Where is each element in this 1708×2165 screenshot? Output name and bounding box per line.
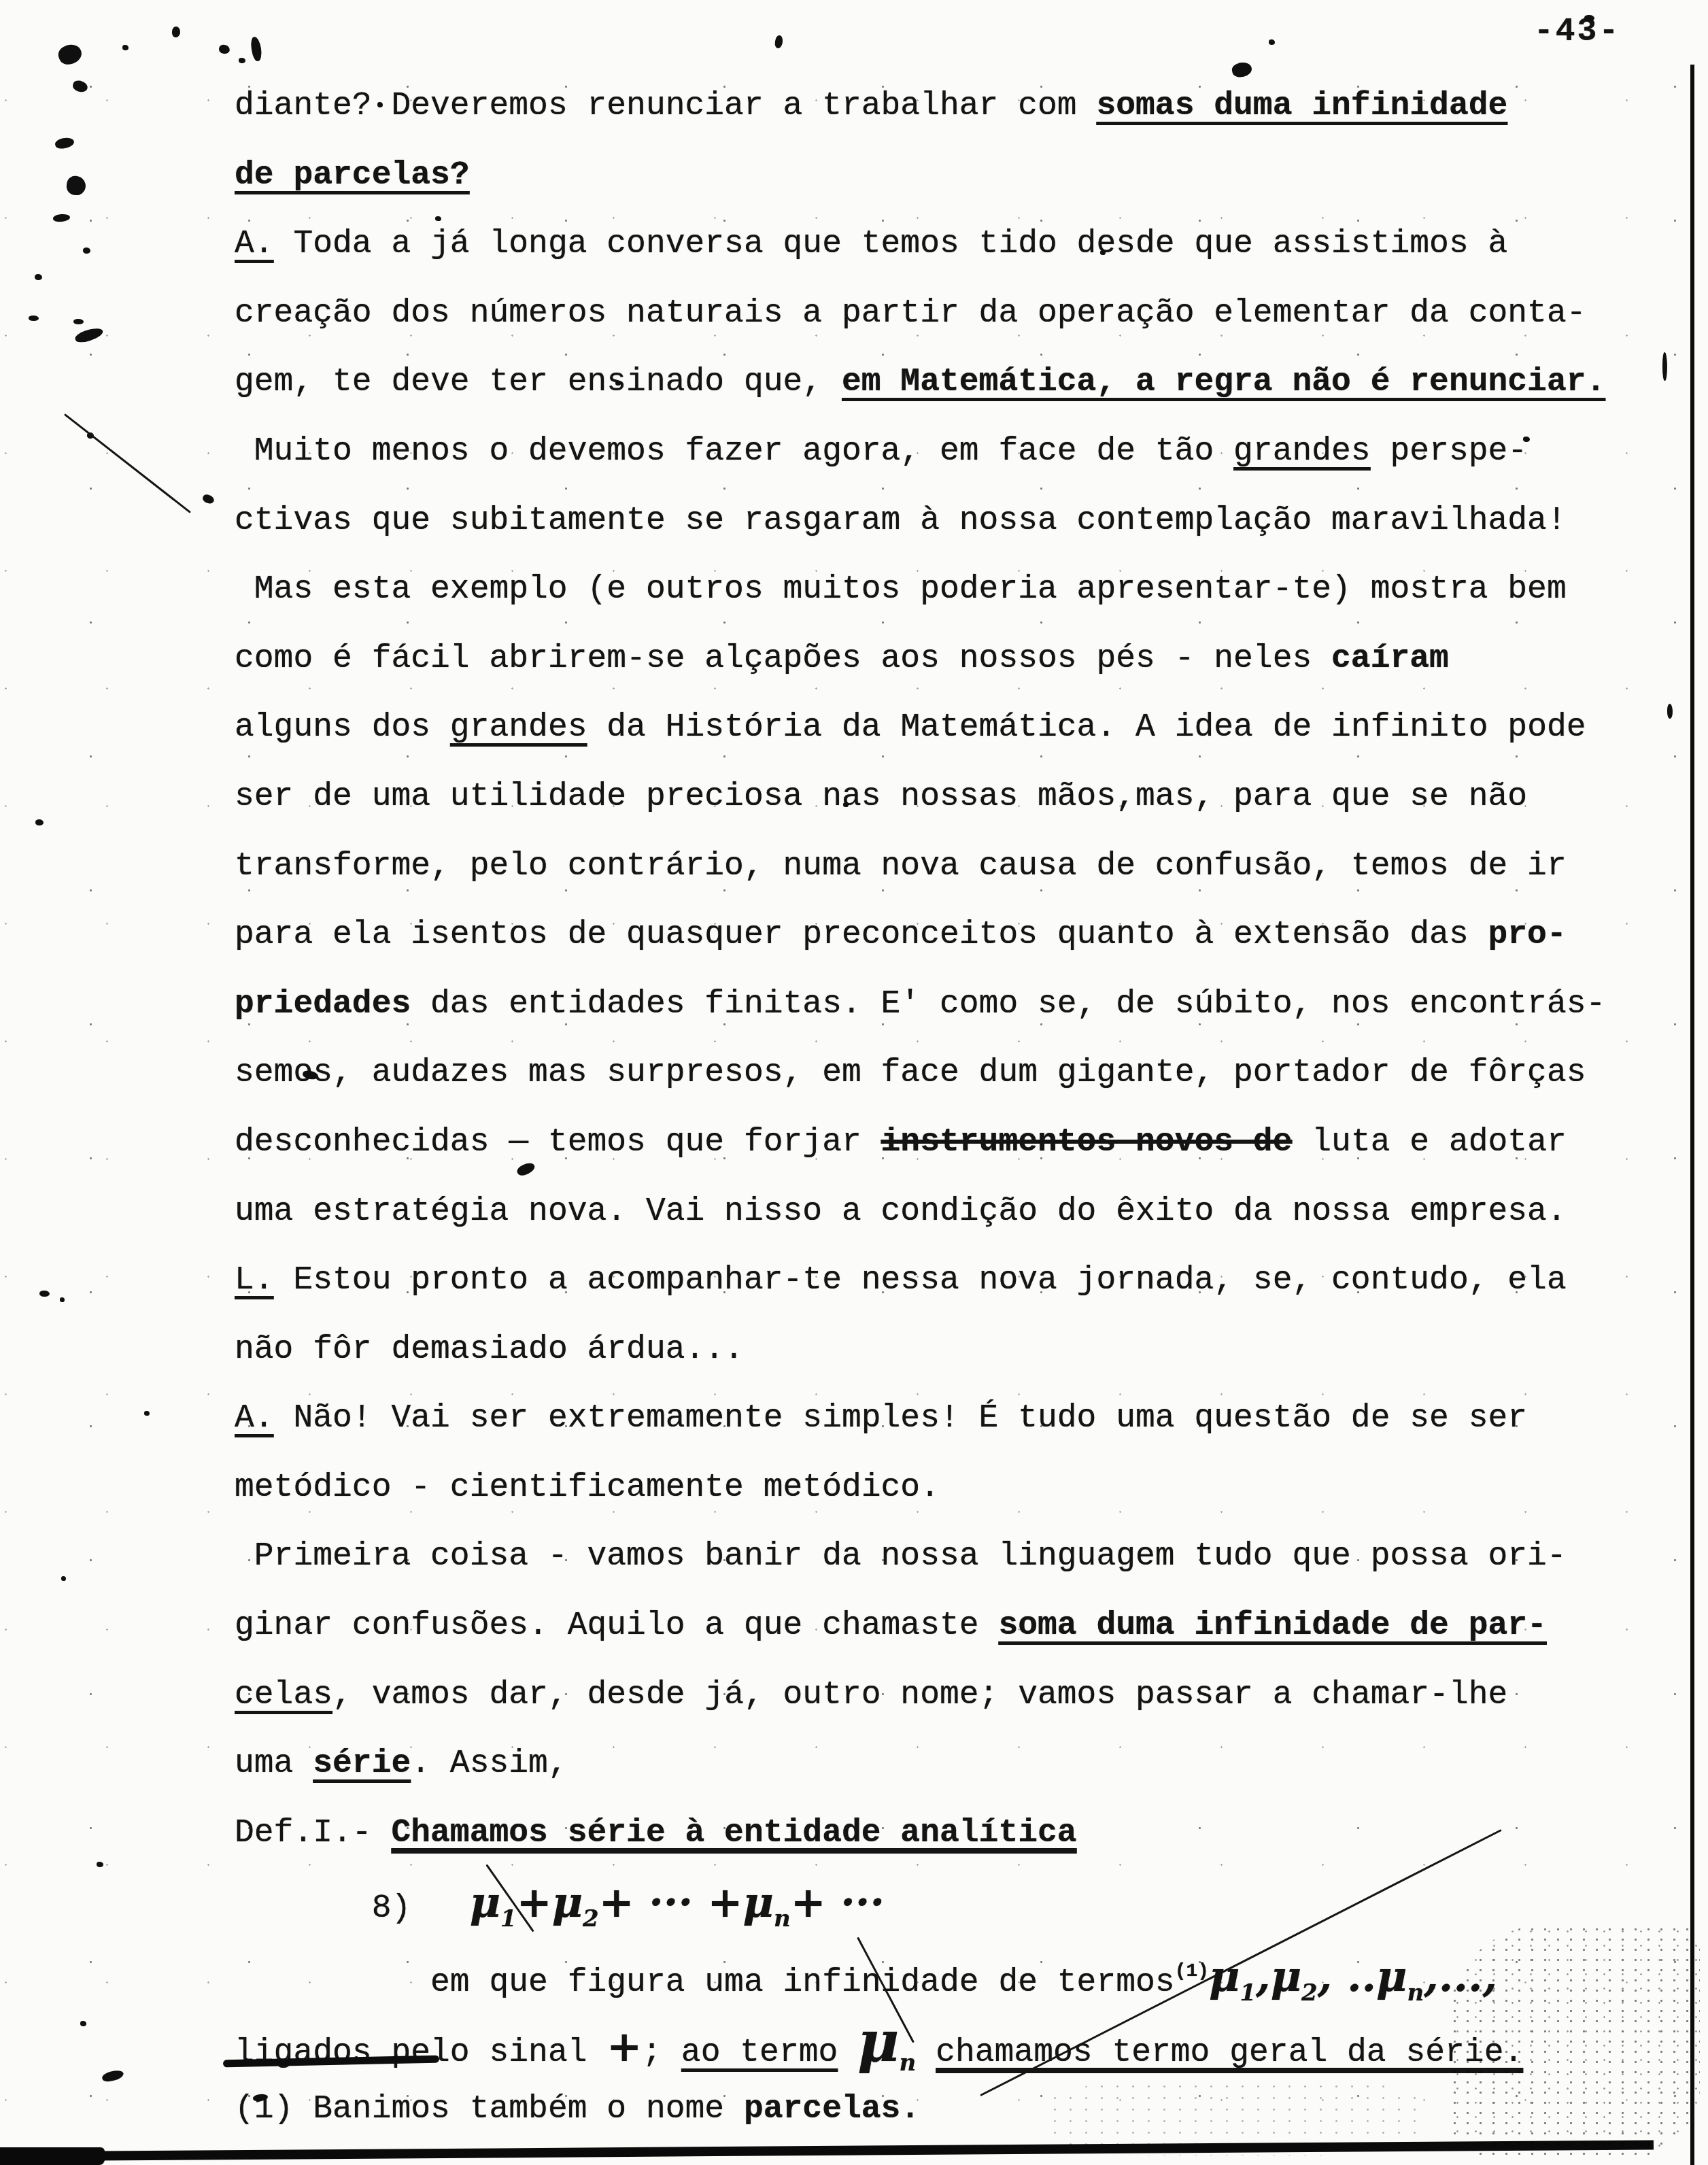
text-segment: em Matemática, a regra não é renunciar.	[842, 364, 1605, 400]
text-segment: das entidades finitas. E' como se, de sú…	[411, 986, 1605, 1023]
scan-noise-patch	[1448, 1924, 1700, 2159]
text-segment: (1)	[1175, 1961, 1209, 1982]
text-line: Muito menos o devemos fazer agora, em fa…	[235, 417, 1683, 487]
ink-smudge	[201, 493, 215, 505]
text-segment	[411, 1890, 469, 1927]
ink-smudge	[1662, 352, 1667, 381]
handwritten-symbol: μ	[1376, 1951, 1407, 2001]
text-line: A. Não! Vai ser extremamente simples! É …	[235, 1384, 1683, 1454]
handwritten-symbol: 1	[500, 1905, 517, 1932]
text-segment: grandes	[1233, 433, 1371, 470]
text-line: L. Estou pronto a acompanhar-te nessa no…	[235, 1246, 1683, 1316]
text-segment: Chamamos série à entidade analítica	[391, 1815, 1076, 1852]
text-segment	[916, 2034, 936, 2071]
ink-smudge	[83, 248, 90, 254]
text-line: transforme, pelo contrário, numa nova ca…	[235, 832, 1683, 902]
handwritten-symbol: +	[517, 1877, 552, 1927]
text-segment: diante? Deveremos renunciar a trabalhar …	[235, 88, 1096, 124]
ink-smudge	[97, 1862, 103, 1867]
text-line: de parcelas?	[235, 141, 1683, 211]
scan-edge-right	[1690, 65, 1694, 2165]
text-line: não fôr demasiado árdua...	[235, 1316, 1683, 1385]
text-segment: Primeira coisa - vamos banir da nossa li…	[254, 1538, 1567, 1575]
handwritten-symbol: +	[607, 2022, 642, 2071]
page-number: -43-	[1534, 14, 1620, 50]
ink-smudge	[29, 316, 39, 321]
ink-smudge	[843, 802, 849, 807]
scan-noise-patch	[1047, 2081, 1428, 2155]
text-line: ctivas que subitamente se rasgaram à nos…	[235, 487, 1683, 556]
handwritten-symbol: μ	[552, 1877, 583, 1927]
text-line: creação dos números naturais a partir da…	[235, 279, 1683, 349]
handwritten-symbol: μ	[743, 1877, 774, 1927]
text-segment: ;	[642, 2034, 681, 2071]
text-line: alguns dos grandes da História da Matemá…	[235, 694, 1683, 763]
ink-smudge	[52, 214, 70, 223]
handwritten-symbol: n	[900, 2049, 917, 2077]
text-segment: ginar confusões. Aquilo a que chamaste	[235, 1607, 998, 1644]
text-segment: chamamos termo geral da série.	[936, 2034, 1523, 2071]
handwritten-symbol: μ	[857, 2007, 899, 2075]
text-body: diante? Deveremos renunciar a trabalhar …	[235, 72, 1683, 2145]
text-segment: ctivas que subitamente se rasgaram à nos…	[235, 502, 1567, 539]
text-segment: não fôr demasiado árdua...	[235, 1331, 744, 1368]
ink-smudge	[377, 102, 383, 107]
text-segment: uma	[235, 1745, 313, 1782]
handwritten-symbol: μ	[470, 1877, 500, 1927]
text-line: gem, te deve ter ensinado que, em Matemá…	[235, 348, 1683, 417]
text-line: Def.I.- Chamamos série à entidade analít…	[235, 1799, 1683, 1869]
text-line: A. Toda a já longa conversa que temos ti…	[235, 210, 1683, 279]
text-segment: série	[313, 1745, 411, 1782]
text-segment: (1) Banimos também o nome	[235, 2091, 744, 2128]
text-segment: da História da Matemática. A idea de inf…	[587, 709, 1586, 746]
ink-smudge	[35, 274, 42, 280]
text-segment: Toda a já longa conversa que temos tido …	[274, 226, 1508, 262]
text-segment: Não! Vai ser extremamente simples! É tud…	[274, 1400, 1528, 1437]
text-segment: em que figura uma infinidade de termos	[430, 1964, 1175, 2001]
text-line: para ela isentos de quasquer preconceito…	[235, 901, 1683, 970]
text-segment: ser de uma utilidade preciosa nas nossas…	[235, 779, 1527, 815]
text-line: celas, vamos dar, desde já, outro nome; …	[235, 1661, 1683, 1731]
text-segment: metódico - cientificamente metódico.	[235, 1469, 940, 1506]
text-line: como é fácil abrirem-se alçapões aos nos…	[235, 625, 1683, 694]
ink-smudge	[1667, 704, 1673, 719]
ink-smudge	[54, 136, 75, 150]
ink-smudge	[218, 44, 230, 55]
text-segment: perspe-	[1371, 433, 1527, 470]
text-line: diante? Deveremos renunciar a trabalhar …	[235, 72, 1683, 141]
text-segment: A.	[235, 1400, 274, 1437]
text-segment: semos, audazes mas surpresos, em face du…	[235, 1055, 1586, 1091]
text-line: 8) μ1+μ2+ ··· +μn+ ···	[235, 1868, 1683, 1937]
text-segment: parcelas.	[744, 2091, 920, 2128]
text-segment: creação dos números naturais a partir da…	[235, 295, 1586, 332]
text-segment: luta e adotar	[1292, 1124, 1566, 1161]
text-segment: alguns dos	[235, 709, 450, 746]
handwritten-symbol: 2	[583, 1905, 599, 1932]
text-segment	[838, 2034, 857, 2071]
ink-smudge	[71, 79, 88, 93]
ink-smudge	[774, 35, 783, 49]
ink-smudge	[171, 27, 180, 38]
ink-smudge	[80, 2021, 86, 2026]
handwritten-symbol: , ..	[1318, 1951, 1376, 2001]
text-segment: Mas esta exemplo (e outros muitos poderi…	[254, 571, 1567, 608]
ink-smudge	[1100, 250, 1106, 255]
ink-smudge	[35, 819, 44, 825]
handwritten-symbol: μ	[1271, 1951, 1301, 2001]
text-segment: desconhecidas — temos que forjar	[235, 1124, 881, 1161]
ink-smudge	[239, 58, 245, 63]
text-line: metódico - cientificamente metódico.	[235, 1454, 1683, 1523]
text-segment: como é fácil abrirem-se alçapões aos nos…	[235, 641, 1331, 677]
ink-smudge	[435, 216, 441, 221]
handwritten-symbol: n	[774, 1905, 791, 1932]
text-line: priedades das entidades finitas. E' como…	[235, 970, 1683, 1040]
ink-smudge	[1269, 39, 1275, 45]
text-line: semos, audazes mas surpresos, em face du…	[235, 1039, 1683, 1108]
text-segment: A.	[235, 226, 274, 262]
text-segment: uma estratégia nova. Vai nisso a condiçã…	[235, 1193, 1567, 1230]
text-segment: transforme, pelo contrário, numa nova ca…	[235, 848, 1567, 885]
text-line: uma estratégia nova. Vai nisso a condiçã…	[235, 1178, 1683, 1247]
text-line: ginar confusões. Aquilo a que chamaste s…	[235, 1592, 1683, 1661]
text-segment: ao termo	[681, 2034, 838, 2071]
text-segment: priedades	[235, 986, 411, 1023]
text-segment: Def.I.-	[235, 1815, 391, 1852]
ink-smudge	[73, 319, 84, 324]
ink-smudge	[61, 1576, 66, 1581]
ink-smudge	[250, 36, 263, 62]
text-segment: somas duma infinidade	[1096, 88, 1507, 124]
scratch-mark	[64, 413, 191, 513]
text-segment: celas	[235, 1677, 332, 1714]
text-segment: pro-	[1488, 917, 1567, 953]
text-line: desconhecidas — temos que forjar instrum…	[235, 1108, 1683, 1178]
text-segment: gem, te deve ter ensinado que,	[235, 364, 842, 400]
handwritten-symbol: 2	[1301, 1979, 1318, 2007]
text-segment: L.	[235, 1262, 274, 1299]
text-segment: caíram	[1331, 641, 1449, 677]
text-segment: . Assim,	[411, 1745, 567, 1782]
text-segment: para ela isentos de quasquer preconceito…	[235, 917, 1488, 953]
text-segment: 8)	[372, 1890, 411, 1927]
scan-edge-bottom-cap	[0, 2147, 105, 2165]
handwritten-symbol: + ··· +	[599, 1877, 743, 1927]
text-line: Primeira coisa - vamos banir da nossa li…	[235, 1522, 1683, 1592]
ink-smudge	[144, 1411, 150, 1416]
text-segment: de parcelas?	[235, 157, 470, 194]
scanned-document-page: { "page": { "number_label": "-43-" }, "d…	[0, 0, 1708, 2165]
ink-smudge	[1523, 437, 1530, 442]
ink-smudge	[615, 381, 621, 386]
text-segment: instrumentos novos de	[881, 1124, 1293, 1161]
ink-smudge	[122, 45, 129, 50]
ink-smudge	[101, 2068, 125, 2083]
handwritten-symbol: n	[1407, 1979, 1424, 2007]
text-line: ser de uma utilidade preciosa nas nossas…	[235, 763, 1683, 832]
ink-smudge	[1584, 15, 1594, 21]
text-line: Mas esta exemplo (e outros muitos poderi…	[235, 556, 1683, 625]
text-segment: , vamos dar, desde já, outro nome; vamos…	[332, 1677, 1507, 1714]
ink-smudge	[56, 41, 84, 67]
text-segment: Estou pronto a acompanhar-te nessa nova …	[274, 1262, 1567, 1299]
handwritten-symbol: 1	[1240, 1979, 1256, 2007]
ink-smudge	[39, 1291, 50, 1297]
handwritten-symbol: ,	[1256, 1951, 1271, 2001]
text-segment: soma duma infinidade de par-	[998, 1607, 1547, 1644]
text-segment: grandes	[450, 709, 587, 746]
ink-smudge	[74, 326, 105, 345]
ink-smudge	[60, 1297, 65, 1302]
handwritten-symbol: + ···	[791, 1877, 885, 1927]
text-line: uma série. Assim,	[235, 1730, 1683, 1799]
ink-smudge	[65, 175, 87, 197]
text-segment: Muito menos o devemos fazer agora, em fa…	[254, 433, 1233, 470]
